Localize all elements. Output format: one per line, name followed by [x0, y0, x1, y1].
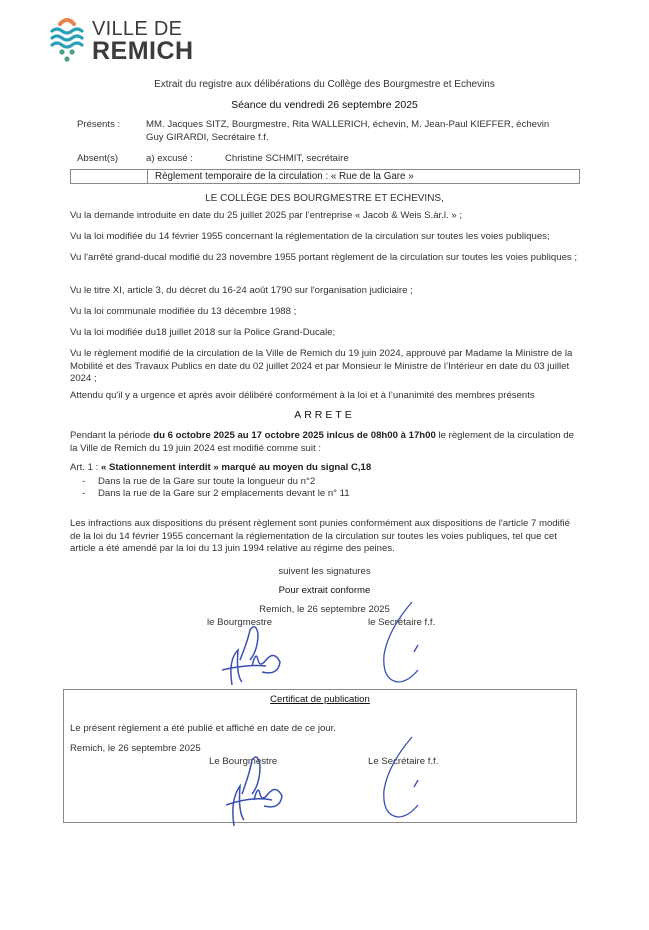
certificate-place-date: Remich, le 26 septembre 2025 — [70, 743, 201, 754]
consideration: Vu la loi modifiée du18 juillet 2018 sur… — [70, 327, 582, 340]
session-title: Séance du vendredi 26 septembre 2025 — [0, 99, 649, 111]
signatures-follow: suivent les signatures — [0, 566, 649, 577]
register-title: Extrait du registre aux délibérations du… — [0, 79, 649, 90]
article-title: « Stationnement interdit » marqué au moy… — [101, 462, 371, 473]
penalties-paragraph: Les infractions aux dispositions du prés… — [70, 518, 582, 556]
absent-type: a) excusé : — [146, 153, 193, 164]
decree-heading: ARRETE — [0, 409, 649, 421]
logo-text-remich: REMICH — [92, 37, 194, 66]
subject-title: Règlement temporaire de la circulation :… — [155, 171, 414, 182]
consideration: Vu le règlement modifié de la circulatio… — [70, 348, 582, 386]
consideration: Vu la loi modifiée du 14 février 1955 co… — [70, 231, 582, 244]
certificate-title: Certificat de publication — [63, 694, 577, 705]
consideration: Vu le titre XI, article 3, du décret du … — [70, 285, 582, 298]
secretary-signature-icon — [378, 600, 428, 685]
subject-empty-cell — [71, 170, 148, 183]
article-1: Art. 1 : « Stationnement interdit » marq… — [70, 462, 582, 475]
subject-box: Règlement temporaire de la circulation :… — [70, 169, 580, 184]
remich-logo-icon — [50, 14, 84, 64]
article-items: Dans la rue de la Gare sur toute la long… — [70, 476, 582, 500]
list-item: Dans la rue de la Gare sur 2 emplacement… — [70, 488, 582, 500]
absent-names: Christine SCHMIT, secrétaire — [225, 153, 349, 164]
period-prefix: Pendant la période — [70, 430, 153, 441]
list-item: Dans la rue de la Gare sur toute la long… — [70, 476, 582, 488]
place-date: Remich, le 26 septembre 2025 — [0, 604, 649, 615]
mayor-signature-icon — [222, 750, 292, 830]
certified-extract: Pour extrait conforme — [0, 585, 649, 596]
absent-label: Absent(s) — [77, 153, 118, 164]
consideration: Vu la loi communale modifiée du 13 décem… — [70, 306, 582, 319]
consideration: Attendu qu'il y a urgence et après avoir… — [70, 390, 582, 403]
present-label: Présents : — [77, 119, 120, 130]
period-paragraph: Pendant la période du 6 octobre 2025 au … — [70, 430, 582, 455]
publication-certificate — [63, 689, 577, 823]
present-line-1: MM. Jacques SITZ, Bourgmestre, Rita WALL… — [146, 119, 549, 130]
present-line-2: Guy GIRARDI, Secrétaire f.f. — [146, 132, 269, 143]
secretary-signature-icon — [378, 735, 428, 820]
certificate-text: Le présent règlement a été publié et aff… — [70, 723, 336, 734]
period-dates: du 6 octobre 2025 au 17 octobre 2025 inl… — [153, 430, 436, 441]
article-label: Art. 1 : — [70, 462, 101, 473]
mayor-signature-icon — [218, 620, 288, 688]
consideration: Vu l'arrêté grand-ducal modifié du 23 no… — [70, 252, 582, 265]
consideration: Vu la demande introduite en date du 25 j… — [70, 210, 582, 223]
college-heading: LE COLLÈGE DES BOURGMESTRE ET ECHEVINS, — [0, 193, 649, 204]
